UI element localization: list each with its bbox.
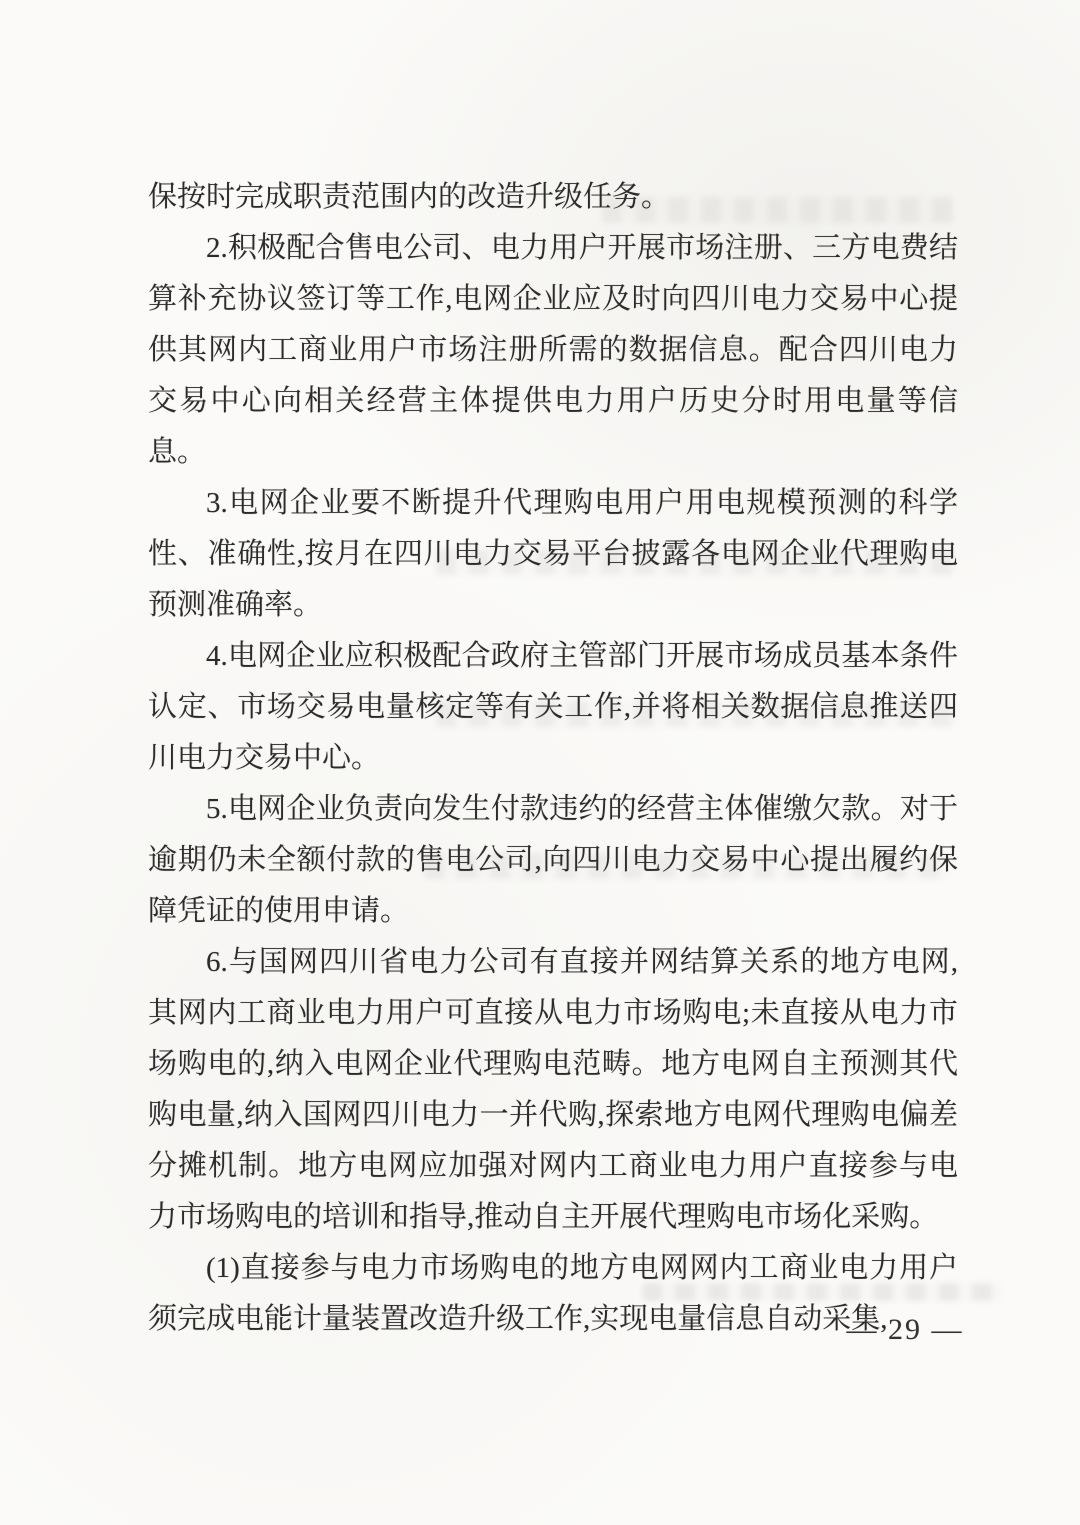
paragraph: 3.电网企业要不断提升代理购电用户用电规模预测的科学性、准确性,按月在四川电力交… [148,478,958,631]
paragraph: 保按时完成职责范围内的改造升级任务。 [148,172,958,223]
paragraph: 5.电网企业负责向发生付款违约的经营主体催缴欠款。对于逾期仍未全额付款的售电公司… [148,784,958,937]
scanned-document-page: 保按时完成职责范围内的改造升级任务。2.积极配合售电公司、电力用户开展市场注册、… [0,0,1080,1525]
page-number: — 29 — [845,1313,965,1347]
paragraph: 6.与国网四川省电力公司有直接并网结算关系的地方电网,其网内工商业电力用户可直接… [148,937,958,1243]
document-body: 保按时完成职责范围内的改造升级任务。2.积极配合售电公司、电力用户开展市场注册、… [148,172,958,1345]
paragraph: 4.电网企业应积极配合政府主管部门开展市场成员基本条件认定、市场交易电量核定等有… [148,631,958,784]
paragraph: (1)直接参与电力市场购电的地方电网网内工商业电力用户须完成电能计量装置改造升级… [148,1243,958,1345]
paragraph: 2.积极配合售电公司、电力用户开展市场注册、三方电费结算补充协议签订等工作,电网… [148,223,958,478]
